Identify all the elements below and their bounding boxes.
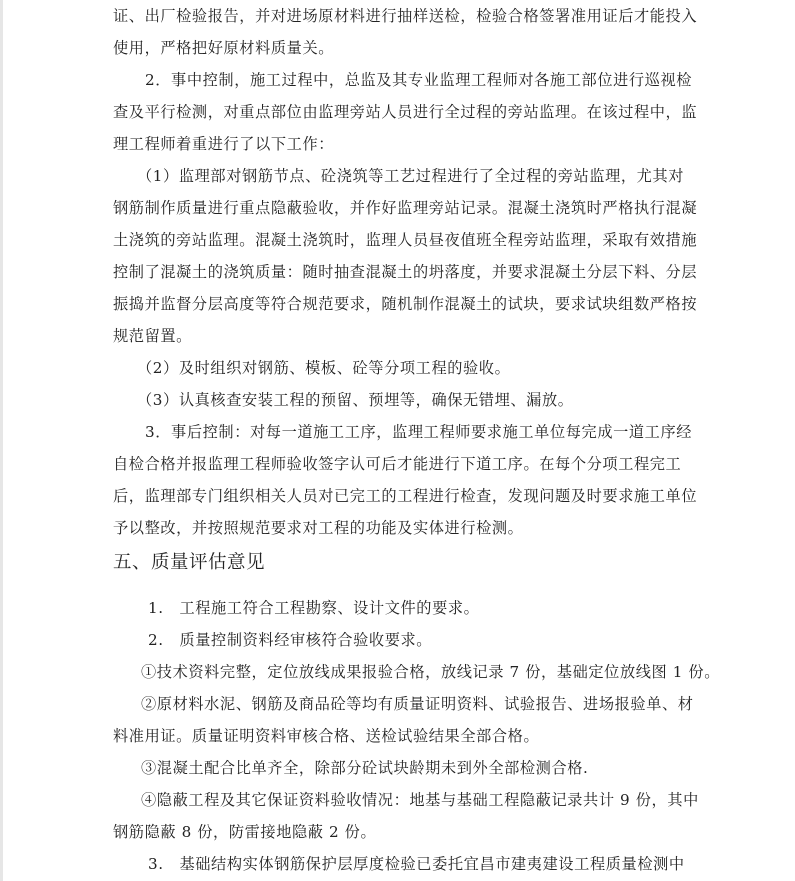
text-line: 土浇筑的旁站监理。混凝土浇筑时，监理人员昼夜值班全程旁站监理，采取有效措施 xyxy=(113,230,697,250)
section-heading: 五、质量评估意见 xyxy=(113,552,265,574)
document-page: 证、出厂检验报告，并对进场原材料进行抽样送检，检验合格签署准用证后才能投入 使用… xyxy=(3,0,795,881)
text-line: 证、出厂检验报告，并对进场原材料进行抽样送检，检验合格签署准用证后才能投入 xyxy=(113,6,697,26)
list-item: ④隐蔽工程及其它保证资料验收情况：地基与基础工程隐蔽记录共计 9 份，其中 xyxy=(141,790,699,810)
text-line: 2．事中控制，施工过程中，总监及其专业监理工程师对各施工部位进行巡视检 xyxy=(145,70,692,90)
list-item: 2. 质量控制资料经审核符合验收要求。 xyxy=(148,630,432,650)
text-line: 钢筋制作质量进行重点隐蔽验收，并作好监理旁站记录。混凝土浇筑时严格执行混凝 xyxy=(113,198,697,218)
text-line: 予以整改，并按照规范要求对工程的功能及实体进行检测。 xyxy=(113,518,523,538)
text-line: 查及平行检测，对重点部位由监理旁站人员进行全过程的旁站监理。在该过程中，监 xyxy=(113,102,697,122)
list-item: ②原材料水泥、钢筋及商品砼等均有质量证明资料、试验报告、进场报验单、材 xyxy=(141,694,694,714)
text-line: （1）监理部对钢筋节点、砼浇筑等工艺过程进行了全过程的旁站监理，尤其对 xyxy=(137,166,684,186)
text-line: 后，监理部专门组织相关人员对已完工的工程进行检查，发现问题及时要求施工单位 xyxy=(113,486,697,506)
text-line: （2）及时组织对钢筋、模板、砼等分项工程的验收。 xyxy=(137,358,510,378)
text-line: 理工程师着重进行了以下工作： xyxy=(113,134,334,154)
text-line: （3）认真核查安装工程的预留、预埋等，确保无错埋、漏放。 xyxy=(137,390,574,410)
list-item: 1. 工程施工符合工程勘察、设计文件的要求。 xyxy=(148,598,479,618)
text-line: 使用，严格把好原材料质量关。 xyxy=(113,38,334,58)
list-item: ①技术资料完整，定位放线成果报验合格，放线记录 7 份，基础定位放线图 1 份。 xyxy=(141,662,720,682)
list-item: 3. 基础结构实体钢筋保护层厚度检验已委托宜昌市建夷建设工程质量检测中 xyxy=(148,854,685,874)
text-line: 控制了混凝土的浇筑质量：随时抽查混凝土的坍落度，并要求混凝土分层下料、分层 xyxy=(113,262,697,282)
text-line: 振捣并监督分层高度等符合规范要求，随机制作混凝土的试块，要求试块组数严格按 xyxy=(113,294,697,314)
text-line: 规范留置。 xyxy=(113,326,192,346)
list-item: 料准用证。质量证明资料审核合格、送检试验结果全部合格。 xyxy=(113,726,539,746)
text-line: 自检合格并报监理工程师验收签字认可后才能进行下道工序。在每个分项工程完工 xyxy=(113,454,681,474)
list-item: ③混凝土配合比单齐全，除部分砼试块龄期未到外全部检测合格. xyxy=(141,758,588,778)
list-item: 钢筋隐蔽 8 份，防雷接地隐蔽 2 份。 xyxy=(113,822,376,842)
text-line: 3．事后控制：对每一道施工工序，监理工程师要求施工单位每完成一道工序经 xyxy=(145,422,692,442)
